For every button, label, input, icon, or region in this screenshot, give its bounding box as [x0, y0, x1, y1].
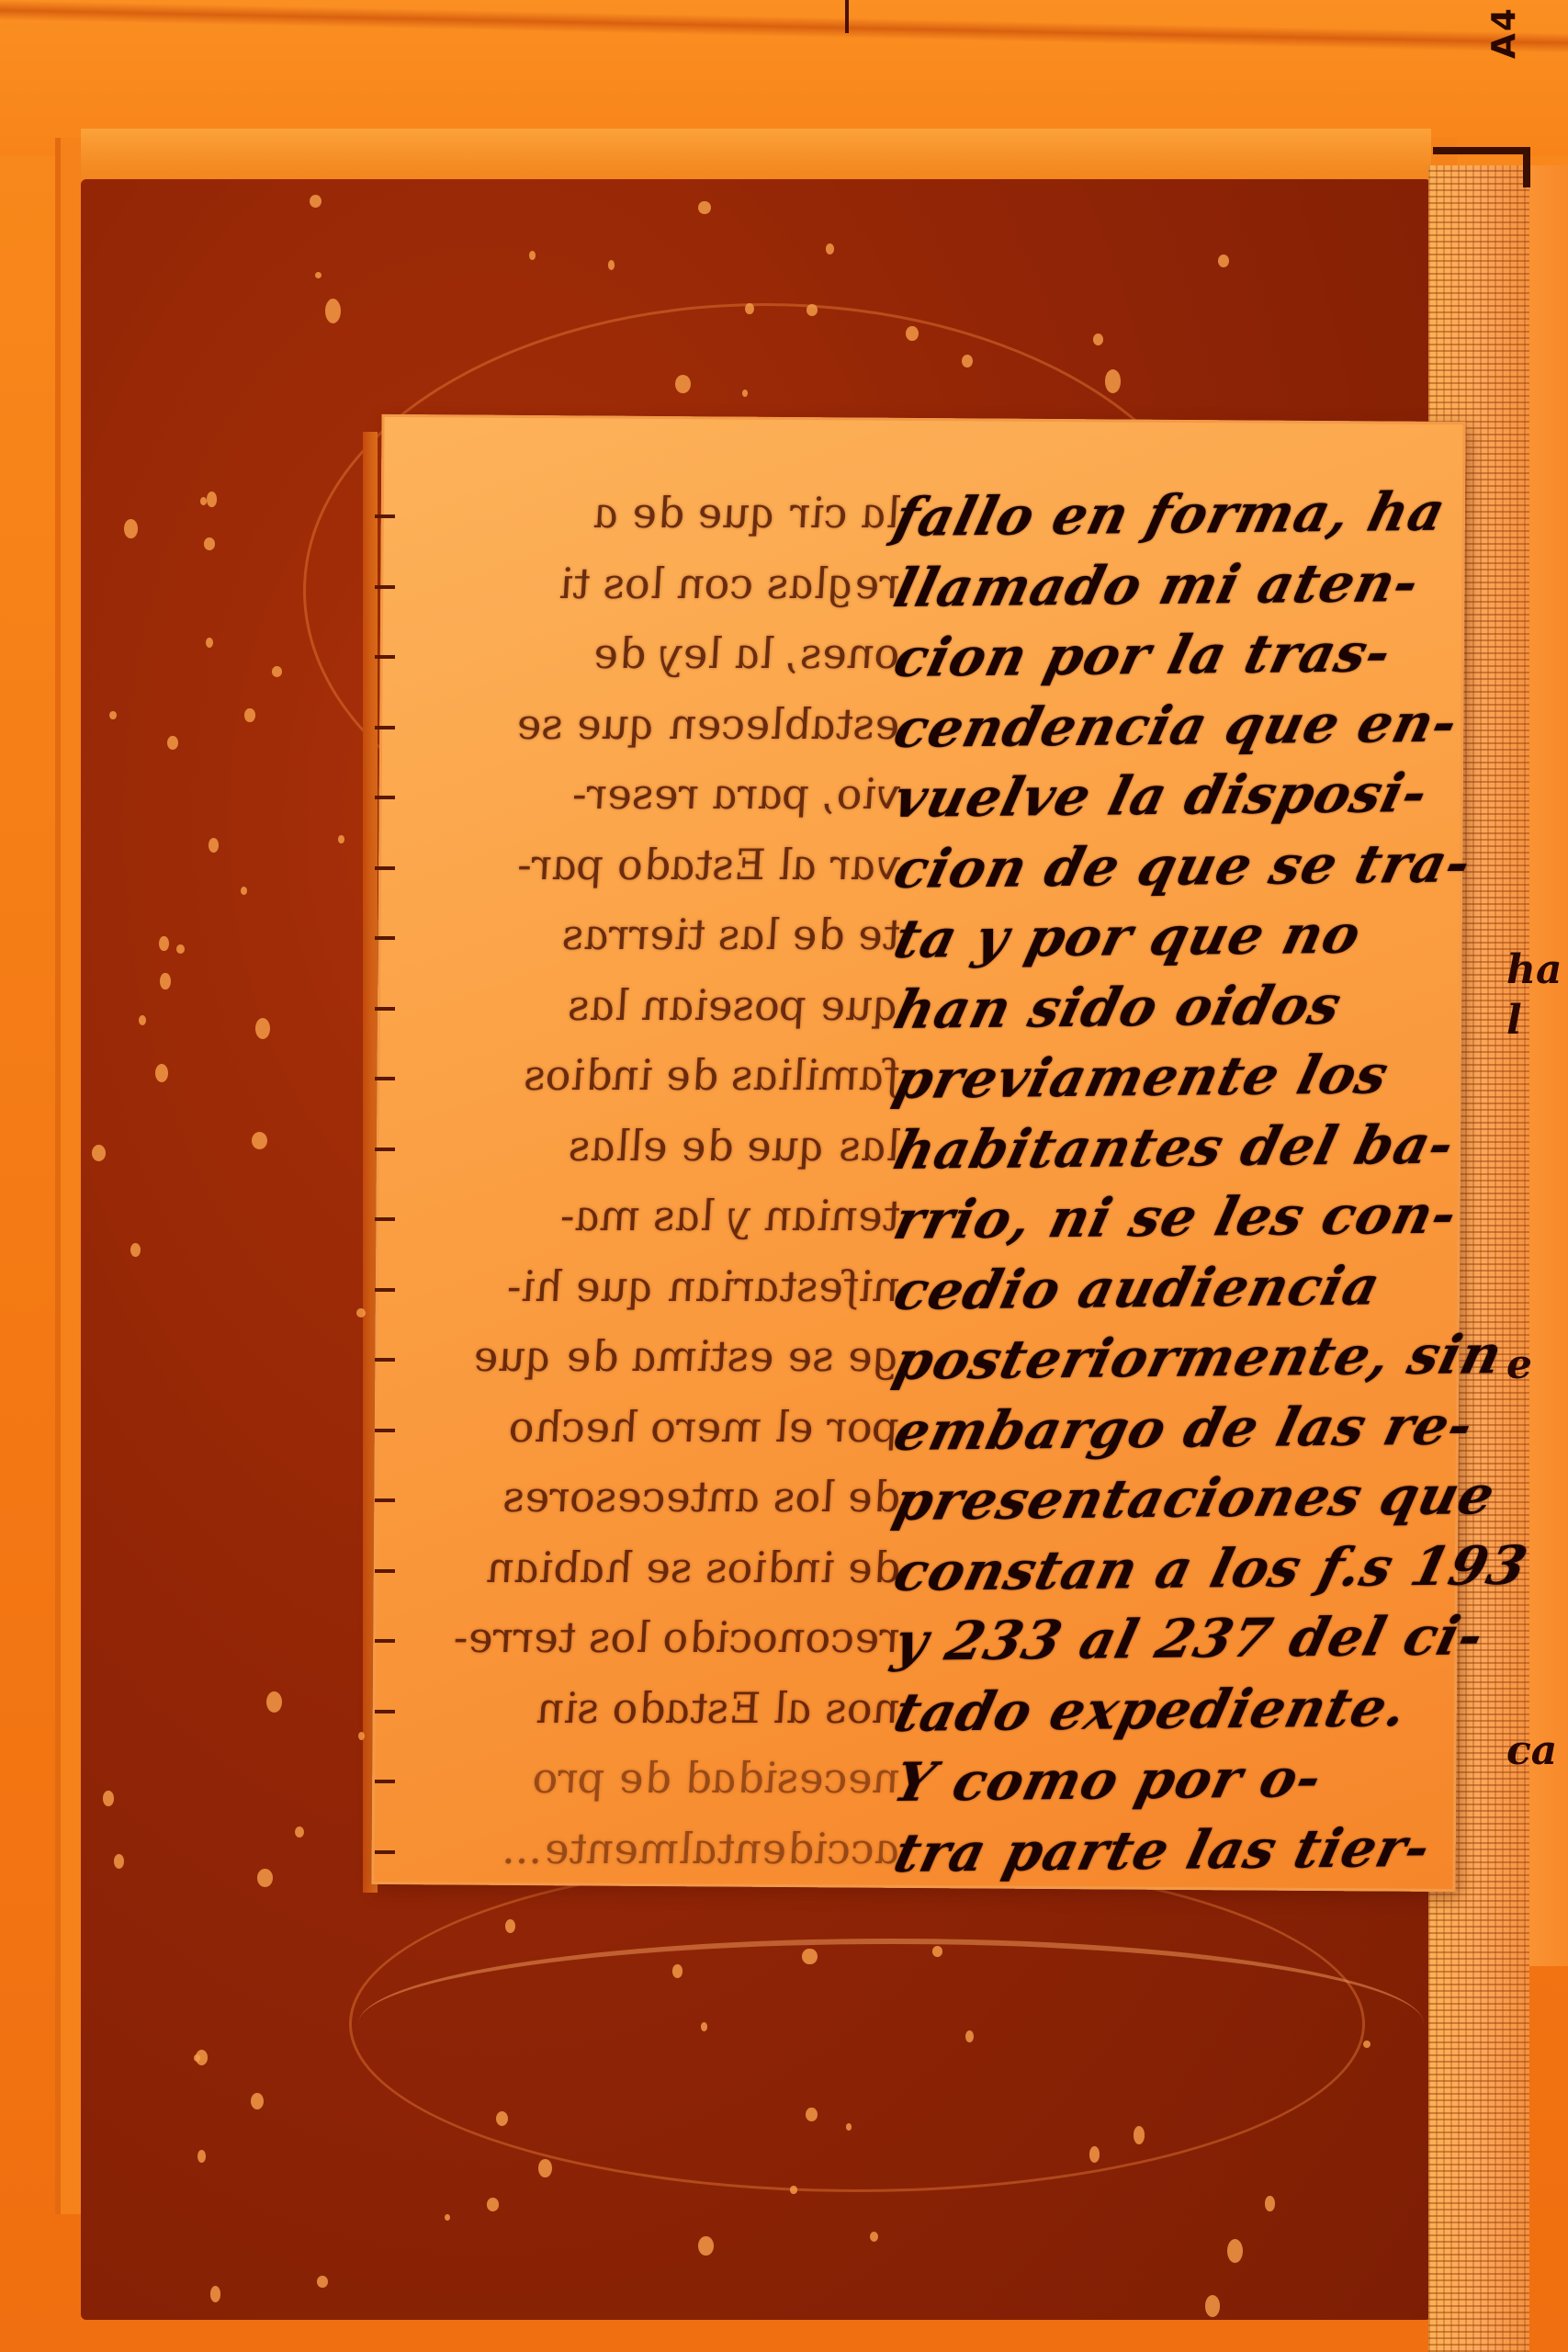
margin-tick	[375, 1498, 395, 1502]
dust-speck	[139, 1015, 146, 1025]
text-line: necesidad de pro	[395, 1743, 908, 1814]
dust-speck	[124, 519, 137, 538]
margin-tick	[375, 1569, 395, 1573]
dust-speck	[906, 326, 919, 342]
archival-photo-scene: A4 la cir que de areglas con los tiones,…	[0, 0, 1568, 2352]
text-line: ones, la ley de	[395, 618, 908, 689]
margin-tick	[375, 1077, 395, 1080]
margin-tick	[375, 1288, 395, 1292]
dust-speck	[257, 1869, 273, 1886]
text-line: y 233 al 237 del ci-	[887, 1601, 1438, 1678]
margin-tick	[375, 726, 395, 729]
dust-speck	[103, 1791, 113, 1805]
dust-speck	[1089, 2146, 1100, 2162]
adjacent-page-text: e	[1506, 1341, 1532, 1388]
bleed-through-column: la cir que de areglas con los tiones, la…	[404, 478, 900, 1883]
sleeve-curl	[358, 1939, 1424, 2109]
margin-tick	[375, 1710, 395, 1713]
text-line: previamente los	[887, 1039, 1438, 1115]
margin-tick	[375, 1217, 395, 1221]
margin-tick	[375, 585, 395, 589]
dust-speck	[197, 2150, 206, 2163]
text-line: nifestarian que hi-	[395, 1251, 908, 1322]
margin-tick	[375, 1429, 395, 1432]
dust-speck	[272, 666, 282, 677]
dust-speck	[92, 1145, 106, 1161]
text-line: vuelve la disposi-	[887, 758, 1438, 834]
dust-speck	[538, 2159, 552, 2177]
dust-speck	[210, 2286, 220, 2301]
adjacent-page-text: ca	[1506, 1727, 1557, 1774]
text-line: ta y por que no	[887, 899, 1438, 975]
dust-speck	[1218, 254, 1229, 268]
dust-speck	[204, 537, 215, 550]
dust-speck	[358, 1732, 365, 1740]
dust-speck	[1093, 334, 1103, 345]
dust-speck	[315, 272, 321, 278]
dust-speck	[529, 251, 536, 260]
text-line: presentaciones que	[887, 1461, 1438, 1537]
text-line: tenian y las ma-	[395, 1181, 908, 1251]
text-line: cion por la tras-	[887, 617, 1438, 694]
text-line: de indios se habian	[395, 1532, 908, 1603]
margin-tick	[375, 936, 395, 940]
dust-speck	[244, 708, 254, 722]
adjacent-page-text: ha	[1506, 946, 1562, 993]
dust-speck	[338, 835, 344, 843]
dust-speck	[698, 2236, 714, 2256]
margin-tick	[375, 514, 395, 518]
dust-speck	[496, 2111, 508, 2126]
text-line: establecen que se	[395, 689, 908, 760]
margin-tick	[375, 1358, 395, 1362]
margin-tick	[375, 655, 395, 659]
manuscript-text-column: fallo en forma, hallamado mi aten-cion p…	[896, 482, 1428, 1888]
sheet-label: A4	[1485, 6, 1523, 59]
dust-speck	[806, 2108, 817, 2121]
dust-speck	[317, 2276, 327, 2288]
text-line: fallo en forma, ha	[887, 477, 1438, 553]
text-line: tado expediente.	[887, 1671, 1438, 1747]
text-line: rrio, ni se les con-	[887, 1180, 1438, 1256]
dust-speck	[932, 1946, 942, 1957]
text-line: embargo de las re-	[887, 1390, 1438, 1466]
dust-speck	[155, 1064, 168, 1082]
dust-speck	[109, 711, 116, 719]
dust-speck	[1134, 2126, 1145, 2144]
dust-speck	[1205, 2295, 1220, 2316]
text-line: las que de ellas	[395, 1111, 908, 1182]
text-line: accidentalmente...	[395, 1814, 908, 1884]
registration-tick	[845, 0, 849, 33]
corner-rule	[1433, 147, 1488, 154]
dust-speck	[802, 1949, 817, 1965]
text-line: reglas con los ti	[395, 548, 908, 619]
corner-bracket	[1484, 147, 1530, 187]
text-line: nos al Estado sin	[395, 1673, 908, 1744]
dust-speck	[206, 638, 213, 648]
text-line: tra parte las tier-	[887, 1812, 1438, 1888]
text-line: habitantes del ba-	[887, 1109, 1438, 1185]
dust-speck	[487, 2198, 499, 2211]
text-line: Y como por o-	[887, 1742, 1438, 1818]
dust-speck	[965, 2030, 974, 2042]
text-line: por el mero hecho	[395, 1392, 908, 1463]
dust-speck	[1265, 2196, 1275, 2211]
dust-speck	[807, 304, 818, 316]
dust-speck	[167, 736, 178, 751]
text-line: que poseian las	[395, 970, 908, 1041]
dust-speck	[251, 2093, 264, 2109]
text-line: vio, para reser-	[395, 759, 908, 830]
margin-tick	[375, 1780, 395, 1783]
margin-tick	[375, 866, 395, 870]
dust-speck	[255, 1018, 270, 1039]
margin-tick	[375, 1148, 395, 1151]
text-line: posteriormente, sin	[887, 1320, 1438, 1396]
margin-tick	[375, 796, 395, 799]
dust-speck	[745, 303, 753, 314]
dust-speck	[672, 1964, 682, 1977]
text-line: de los antecesores	[395, 1462, 908, 1532]
text-line: te de las tierras	[395, 899, 908, 970]
dust-speck	[159, 936, 168, 951]
text-line: ge se estima de que	[395, 1321, 908, 1392]
text-line: llamado mi aten-	[887, 547, 1438, 623]
text-line: la cir que de a	[395, 478, 908, 548]
dust-speck	[962, 355, 973, 367]
dust-speck	[846, 2123, 852, 2130]
text-line: cendencia que en-	[887, 687, 1438, 763]
text-line: familias de indios	[395, 1040, 908, 1111]
dust-speck	[742, 390, 748, 397]
adjacent-page-text: l	[1506, 997, 1522, 1044]
dust-speck	[790, 2186, 796, 2194]
text-line: reconocido los terre-	[395, 1602, 908, 1673]
dust-speck	[698, 201, 710, 214]
margin-tick	[375, 1639, 395, 1643]
dust-speck	[130, 1243, 141, 1257]
margin-tick	[375, 1007, 395, 1011]
text-line: constan a los f.s 193	[887, 1531, 1438, 1607]
text-line: han sido oidos	[887, 968, 1438, 1045]
dust-speck	[1363, 2041, 1371, 2048]
dust-speck	[207, 492, 217, 506]
dust-speck	[194, 2054, 200, 2061]
dust-speck	[701, 2022, 707, 2030]
text-line: cedio audiencia	[887, 1249, 1438, 1326]
margin-tick	[375, 1850, 395, 1854]
text-line: var al Estado par-	[395, 830, 908, 900]
text-line: cion de que se tra-	[887, 828, 1438, 904]
dust-speck	[356, 1308, 366, 1317]
